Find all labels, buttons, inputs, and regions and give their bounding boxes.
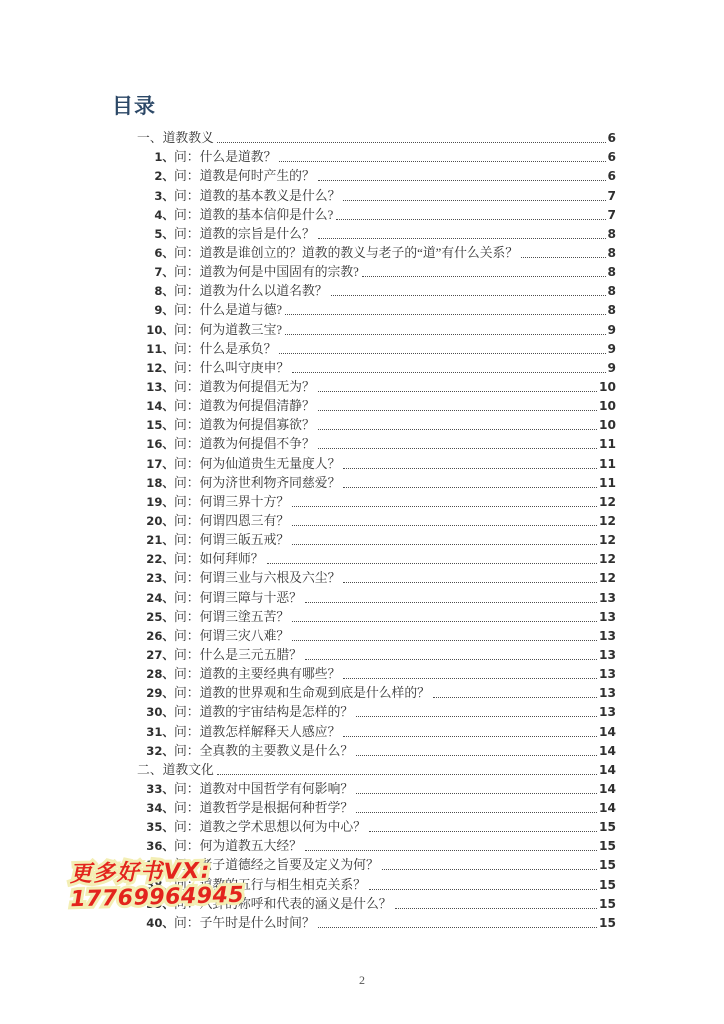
dot-leader — [285, 334, 605, 335]
toc-page-number: 8 — [608, 283, 616, 299]
toc-item-row: 16、问：道教为何提倡不争？11 — [137, 433, 616, 452]
toc-item-text: 问：道教怎样解释天人感应？ — [174, 724, 340, 740]
dot-leader — [292, 640, 597, 641]
dot-leader — [356, 812, 597, 813]
toc-item-text: 问：子午时是什么时间？ — [174, 915, 315, 931]
dot-leader — [343, 736, 597, 737]
dot-leader — [343, 487, 597, 488]
toc-item-row: 10、问：何为道教三宝?9 — [137, 318, 616, 337]
toc-item-text: 问：道教的基本信仰是什么? — [174, 207, 333, 223]
toc-item-number: 7、 — [137, 264, 174, 280]
page-title: 目录 — [112, 90, 156, 120]
toc-page-number: 7 — [608, 188, 616, 204]
dot-leader — [292, 544, 597, 545]
dot-leader — [318, 410, 597, 411]
dot-leader — [318, 180, 606, 181]
toc-item-text: 问：道教为何是中国固有的宗教? — [174, 264, 359, 280]
toc-item-number: 5、 — [137, 226, 174, 242]
toc-item-row: 22、问：如何拜师？12 — [137, 548, 616, 567]
toc-item-number: 22、 — [137, 551, 174, 567]
toc-item-text: 问：何谓三塗五苦？ — [174, 609, 289, 625]
toc-item-number: 34、 — [137, 800, 174, 816]
toc-item-row: 33、问：道教对中国哲学有何影响？14 — [137, 778, 616, 797]
toc-page-number: 9 — [608, 341, 616, 357]
toc-item-number: 40、 — [137, 915, 174, 931]
toc-page-number: 14 — [599, 724, 616, 740]
footer-page-number: 2 — [0, 973, 724, 988]
toc-page-number: 12 — [599, 532, 616, 548]
toc-item-number: 18、 — [137, 475, 174, 491]
toc-item-text: 问：何为道教五大经？ — [174, 838, 302, 854]
toc-item-row: 29、问：道教的世界观和生命观到底是什么样的？13 — [137, 682, 616, 701]
toc-item-text: 问：何谓四恩三有？ — [174, 513, 289, 529]
toc-page-number: 6 — [608, 130, 616, 146]
dot-leader — [279, 353, 605, 354]
toc-item-number: 4、 — [137, 207, 174, 223]
toc-item-row: 14、问：道教为何提倡清静？10 — [137, 395, 616, 414]
toc-item-row: 26、问：何谓三灾八难？13 — [137, 625, 616, 644]
toc-page-number: 11 — [599, 436, 616, 452]
toc-page-number: 14 — [599, 762, 616, 778]
toc-page-number: 11 — [599, 456, 616, 472]
toc-item-number: 6、 — [137, 245, 174, 261]
dot-leader — [292, 525, 597, 526]
toc-item-text: 问：何为仙道贵生无量度人？ — [174, 456, 340, 472]
toc-item-text: 问：道教的宗旨是什么？ — [174, 226, 315, 242]
toc-page-number: 13 — [599, 685, 616, 701]
toc-item-row: 1、问：什么是道教？6 — [137, 146, 616, 165]
toc-item-number: 32、 — [137, 743, 174, 759]
toc-item-row: 15、问：道教为何提倡寡欲？10 — [137, 414, 616, 433]
toc-item-row: 3、问：道教的基本教义是什么？7 — [137, 184, 616, 203]
toc-item-row: 24、问：何谓三障与十恶？13 — [137, 586, 616, 605]
dot-leader — [292, 621, 597, 622]
toc-item-text: 问：何谓三皈五戒？ — [174, 532, 289, 548]
toc-page-number: 8 — [608, 245, 616, 261]
toc-item-row: 31、问：道教怎样解释天人感应？14 — [137, 720, 616, 739]
toc-item-number: 8、 — [137, 283, 174, 299]
toc-item-row: 9、问：什么是道与德?8 — [137, 299, 616, 318]
toc-item-text: 问：全真教的主要教义是什么？ — [174, 743, 353, 759]
toc-item-text: 问：什么是承负？ — [174, 341, 276, 357]
toc-item-text: 问：道教哲学是根据何种哲学？ — [174, 800, 353, 816]
toc-item-row: 35、问：道教之学术思想以何为中心？15 — [137, 816, 616, 835]
dot-leader — [336, 219, 605, 220]
toc-item-number: 21、 — [137, 532, 174, 548]
toc-item-text: 问：何为济世利物齐同慈爱？ — [174, 475, 340, 491]
toc-page-number: 12 — [599, 551, 616, 567]
toc-page-number: 14 — [599, 800, 616, 816]
dot-leader — [356, 755, 597, 756]
dot-leader — [382, 869, 597, 870]
toc-item-row: 36、问：何为道教五大经？15 — [137, 835, 616, 854]
dot-leader — [217, 142, 606, 143]
toc-item-row: 5、问：道教的宗旨是什么？8 — [137, 223, 616, 242]
toc-item-number: 20、 — [137, 513, 174, 529]
dot-leader — [279, 161, 605, 162]
toc-item-text: 问：道教之学术思想以何为中心？ — [174, 819, 366, 835]
toc-page-number: 11 — [599, 475, 616, 491]
dot-leader — [318, 238, 606, 239]
toc-item-number: 1、 — [137, 149, 174, 165]
toc-item-row: 12、问：什么叫守庚申？9 — [137, 357, 616, 376]
toc-section-label: 二、道教文化 — [137, 762, 214, 778]
toc-item-text: 问：道教为何提倡清静？ — [174, 398, 315, 414]
toc-item-row: 27、问：什么是三元五腊？13 — [137, 644, 616, 663]
dot-leader — [305, 659, 597, 660]
dot-leader — [318, 927, 597, 928]
toc-page-number: 10 — [599, 417, 616, 433]
dot-leader — [369, 889, 597, 890]
toc-item-row: 18、问：何为济世利物齐同慈爱？11 — [137, 472, 616, 491]
toc-item-number: 27、 — [137, 647, 174, 663]
toc-page-number: 6 — [608, 168, 616, 184]
toc-item-text: 问：何谓三界十方？ — [174, 494, 289, 510]
toc-item-text: 问：何谓三障与十恶？ — [174, 590, 302, 606]
toc-item-number: 10、 — [137, 322, 174, 338]
toc-item-number: 19、 — [137, 494, 174, 510]
toc-page-number: 9 — [608, 322, 616, 338]
toc-item-row: 23、问：何谓三业与六根及六尘？12 — [137, 567, 616, 586]
toc-item-number: 25、 — [137, 609, 174, 625]
toc-item-number: 13、 — [137, 379, 174, 395]
toc-item-row: 21、问：何谓三皈五戒？12 — [137, 529, 616, 548]
dot-leader — [343, 582, 597, 583]
dot-leader — [318, 448, 597, 449]
toc-item-text: 问：道教为何提倡无为？ — [174, 379, 315, 395]
dot-leader — [285, 314, 605, 315]
toc-page-number: 13 — [599, 609, 616, 625]
toc-item-text: 问：何谓三业与六根及六尘？ — [174, 570, 340, 586]
dot-leader — [305, 850, 597, 851]
toc-item-number: 29、 — [137, 685, 174, 701]
dot-leader — [292, 372, 605, 373]
toc-item-row: 17、问：何为仙道贵生无量度人？11 — [137, 452, 616, 471]
dot-leader — [343, 468, 597, 469]
toc-page-number: 6 — [608, 149, 616, 165]
toc-section-row: 二、道教文化14 — [137, 759, 616, 778]
dot-leader — [343, 200, 605, 201]
toc-item-number: 31、 — [137, 724, 174, 740]
toc-item-number: 15、 — [137, 417, 174, 433]
toc-item-row: 7、问：道教为何是中国固有的宗教?8 — [137, 261, 616, 280]
toc-page-number: 8 — [608, 302, 616, 318]
toc-item-number: 11、 — [137, 341, 174, 357]
toc-item-text: 问：道教为什么以道名教？ — [174, 283, 328, 299]
dot-leader — [356, 716, 597, 717]
toc-list: 一、道教教义61、问：什么是道教？62、问：道教是何时产生的？63、问：道教的基… — [137, 127, 616, 931]
toc-item-text: 问：什么是道教？ — [174, 149, 276, 165]
dot-leader — [267, 563, 597, 564]
dot-leader — [369, 831, 597, 832]
toc-item-text: 问：道教为何提倡不争？ — [174, 436, 315, 452]
toc-item-row: 2、问：道教是何时产生的？6 — [137, 165, 616, 184]
toc-item-number: 30、 — [137, 704, 174, 720]
toc-item-row: 11、问：什么是承负？9 — [137, 338, 616, 357]
toc-item-number: 33、 — [137, 781, 174, 797]
toc-item-number: 24、 — [137, 590, 174, 606]
toc-item-text: 问：道教为何提倡寡欲？ — [174, 417, 315, 433]
toc-page-number: 10 — [599, 398, 616, 414]
toc-item-text: 问：何谓三灾八难？ — [174, 628, 289, 644]
toc-item-text: 问：道教是谁创立的？道教的教义与老子的“道”有什么关系？ — [174, 245, 518, 261]
toc-item-row: 40、问：子午时是什么时间？15 — [137, 912, 616, 931]
toc-item-number: 26、 — [137, 628, 174, 644]
toc-item-text: 问：什么是三元五腊？ — [174, 647, 302, 663]
watermark-line-2: 17769964945 — [70, 883, 244, 912]
toc-item-text: 问：道教的宇宙结构是怎样的？ — [174, 704, 353, 720]
toc-item-number: 35、 — [137, 819, 174, 835]
dot-leader — [318, 429, 597, 430]
toc-page-number: 15 — [599, 819, 616, 835]
toc-item-text: 问：道教是何时产生的？ — [174, 168, 315, 184]
watermark: 更多好书VX: 17769964945 — [69, 859, 244, 913]
toc-item-text: 问：道教对中国哲学有何影响？ — [174, 781, 353, 797]
toc-item-row: 19、问：何谓三界十方？12 — [137, 491, 616, 510]
toc-page-number: 13 — [599, 590, 616, 606]
toc-item-number: 14、 — [137, 398, 174, 414]
toc-item-row: 32、问：全真教的主要教义是什么？14 — [137, 740, 616, 759]
toc-page-number: 13 — [599, 704, 616, 720]
toc-item-number: 3、 — [137, 188, 174, 204]
toc-item-text: 问：何为道教三宝? — [174, 322, 282, 338]
toc-page-number: 13 — [599, 666, 616, 682]
toc-item-text: 问：道教的主要经典有哪些？ — [174, 666, 340, 682]
toc-page-number: 10 — [599, 379, 616, 395]
dot-leader — [521, 257, 605, 258]
toc-page-number: 8 — [608, 264, 616, 280]
toc-item-row: 13、问：道教为何提倡无为？10 — [137, 376, 616, 395]
toc-item-number: 16、 — [137, 436, 174, 452]
toc-item-number: 28、 — [137, 666, 174, 682]
toc-page-number: 15 — [599, 877, 616, 893]
toc-page-number: 13 — [599, 628, 616, 644]
toc-item-text: 问：道教的基本教义是什么？ — [174, 188, 340, 204]
toc-page-number: 12 — [599, 494, 616, 510]
dot-leader — [356, 793, 597, 794]
toc-item-text: 问：如何拜师？ — [174, 551, 264, 567]
toc-page-number: 14 — [599, 743, 616, 759]
toc-item-number: 2、 — [137, 168, 174, 184]
dot-leader — [343, 678, 597, 679]
toc-item-number: 17、 — [137, 456, 174, 472]
toc-page-number: 14 — [599, 781, 616, 797]
toc-item-row: 8、问：道教为什么以道名教？8 — [137, 280, 616, 299]
toc-item-number: 23、 — [137, 570, 174, 586]
toc-item-number: 36、 — [137, 838, 174, 854]
toc-item-number: 9、 — [137, 302, 174, 318]
toc-item-text: 问：什么是道与德? — [174, 302, 282, 318]
dot-leader — [305, 602, 597, 603]
toc-item-row: 30、问：道教的宇宙结构是怎样的？13 — [137, 701, 616, 720]
dot-leader — [292, 506, 597, 507]
toc-page-number: 15 — [599, 857, 616, 873]
toc-page-number: 15 — [599, 838, 616, 854]
dot-leader — [362, 276, 606, 277]
toc-item-number: 12、 — [137, 360, 174, 376]
toc-page-number: 15 — [599, 915, 616, 931]
toc-page-number: 12 — [599, 513, 616, 529]
dot-leader — [217, 774, 597, 775]
toc-item-row: 20、问：何谓四恩三有？12 — [137, 510, 616, 529]
toc-page-number: 9 — [608, 360, 616, 376]
toc-section-row: 一、道教教义6 — [137, 127, 616, 146]
toc-item-text: 问：道教的世界观和生命观到底是什么样的？ — [174, 685, 430, 701]
toc-section-label: 一、道教教义 — [137, 130, 214, 146]
toc-page-number: 8 — [608, 226, 616, 242]
toc-item-row: 4、问：道教的基本信仰是什么?7 — [137, 204, 616, 223]
toc-page-number: 12 — [599, 570, 616, 586]
dot-leader — [433, 697, 597, 698]
dot-leader — [318, 391, 597, 392]
toc-page-number: 7 — [608, 207, 616, 223]
toc-item-row: 28、问：道教的主要经典有哪些？13 — [137, 663, 616, 682]
toc-page-number: 15 — [599, 896, 616, 912]
toc-item-row: 34、问：道教哲学是根据何种哲学？14 — [137, 797, 616, 816]
toc-item-row: 6、问：道教是谁创立的？道教的教义与老子的“道”有什么关系？8 — [137, 242, 616, 261]
toc-item-row: 25、问：何谓三塗五苦？13 — [137, 606, 616, 625]
dot-leader — [395, 908, 597, 909]
toc-item-text: 问：什么叫守庚申？ — [174, 360, 289, 376]
dot-leader — [331, 295, 606, 296]
toc-page-number: 13 — [599, 647, 616, 663]
